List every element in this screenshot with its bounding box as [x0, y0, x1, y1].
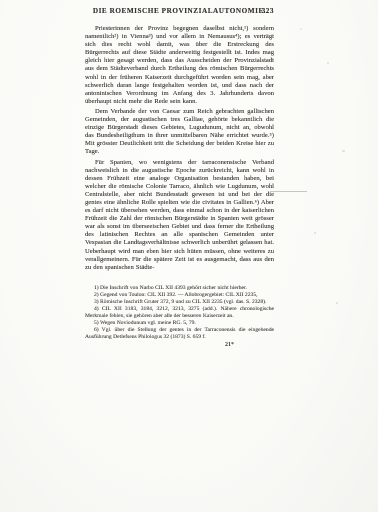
scan-noise-speck [336, 302, 338, 304]
footnotes-block: 1) Die Inschrift von Narbo CIL XII 4393 … [85, 285, 274, 341]
signature-mark: 21* [85, 342, 274, 348]
scan-noise-speck [300, 28, 302, 30]
scan-noise-speck [327, 62, 329, 64]
body-text: Priesterinnen der Provinz begegnen dasel… [85, 25, 274, 272]
footnote-6: 6) Vgl. über die Stellung der gentes in … [85, 327, 274, 341]
text-column: DIE ROEMISCHE PROVINZIALAUTONOMIE. 323 P… [85, 7, 274, 348]
footnote-4: 4) CIL XII 3183, 3184, 3212, 3213, 3275 … [85, 306, 274, 320]
scan-artifact-line [270, 191, 307, 192]
paragraph-1: Priesterinnen der Provinz begegnen dasel… [85, 25, 274, 106]
page-header: DIE ROEMISCHE PROVINZIALAUTONOMIE. 323 [85, 7, 274, 16]
paragraph-3: Für Spanien, wo wenigstens der tarracone… [85, 159, 274, 272]
paragraph-2: Dem Verbande der von Caesar zum Reich ge… [85, 108, 274, 157]
footnote-1: 1) Die Inschrift von Narbo CIL XII 4393 … [85, 285, 274, 292]
scan-noise-speck [314, 232, 316, 234]
page-number: 323 [262, 7, 274, 16]
scanned-book-page: DIE ROEMISCHE PROVINZIALAUTONOMIE. 323 P… [0, 0, 378, 512]
running-title: DIE ROEMISCHE PROVINZIALAUTONOMIE. [85, 7, 274, 16]
scan-noise-speck [342, 150, 345, 152]
footnote-3: 3) Römische Inschrift Gruter 372, 9 und … [85, 299, 274, 306]
footnote-5: 5) Wegen Noviodunum vgl. meine RG. 5, 79… [85, 320, 274, 327]
footnote-2: 2) Gegend von Toulon: CIL XII 392. — All… [85, 292, 274, 299]
